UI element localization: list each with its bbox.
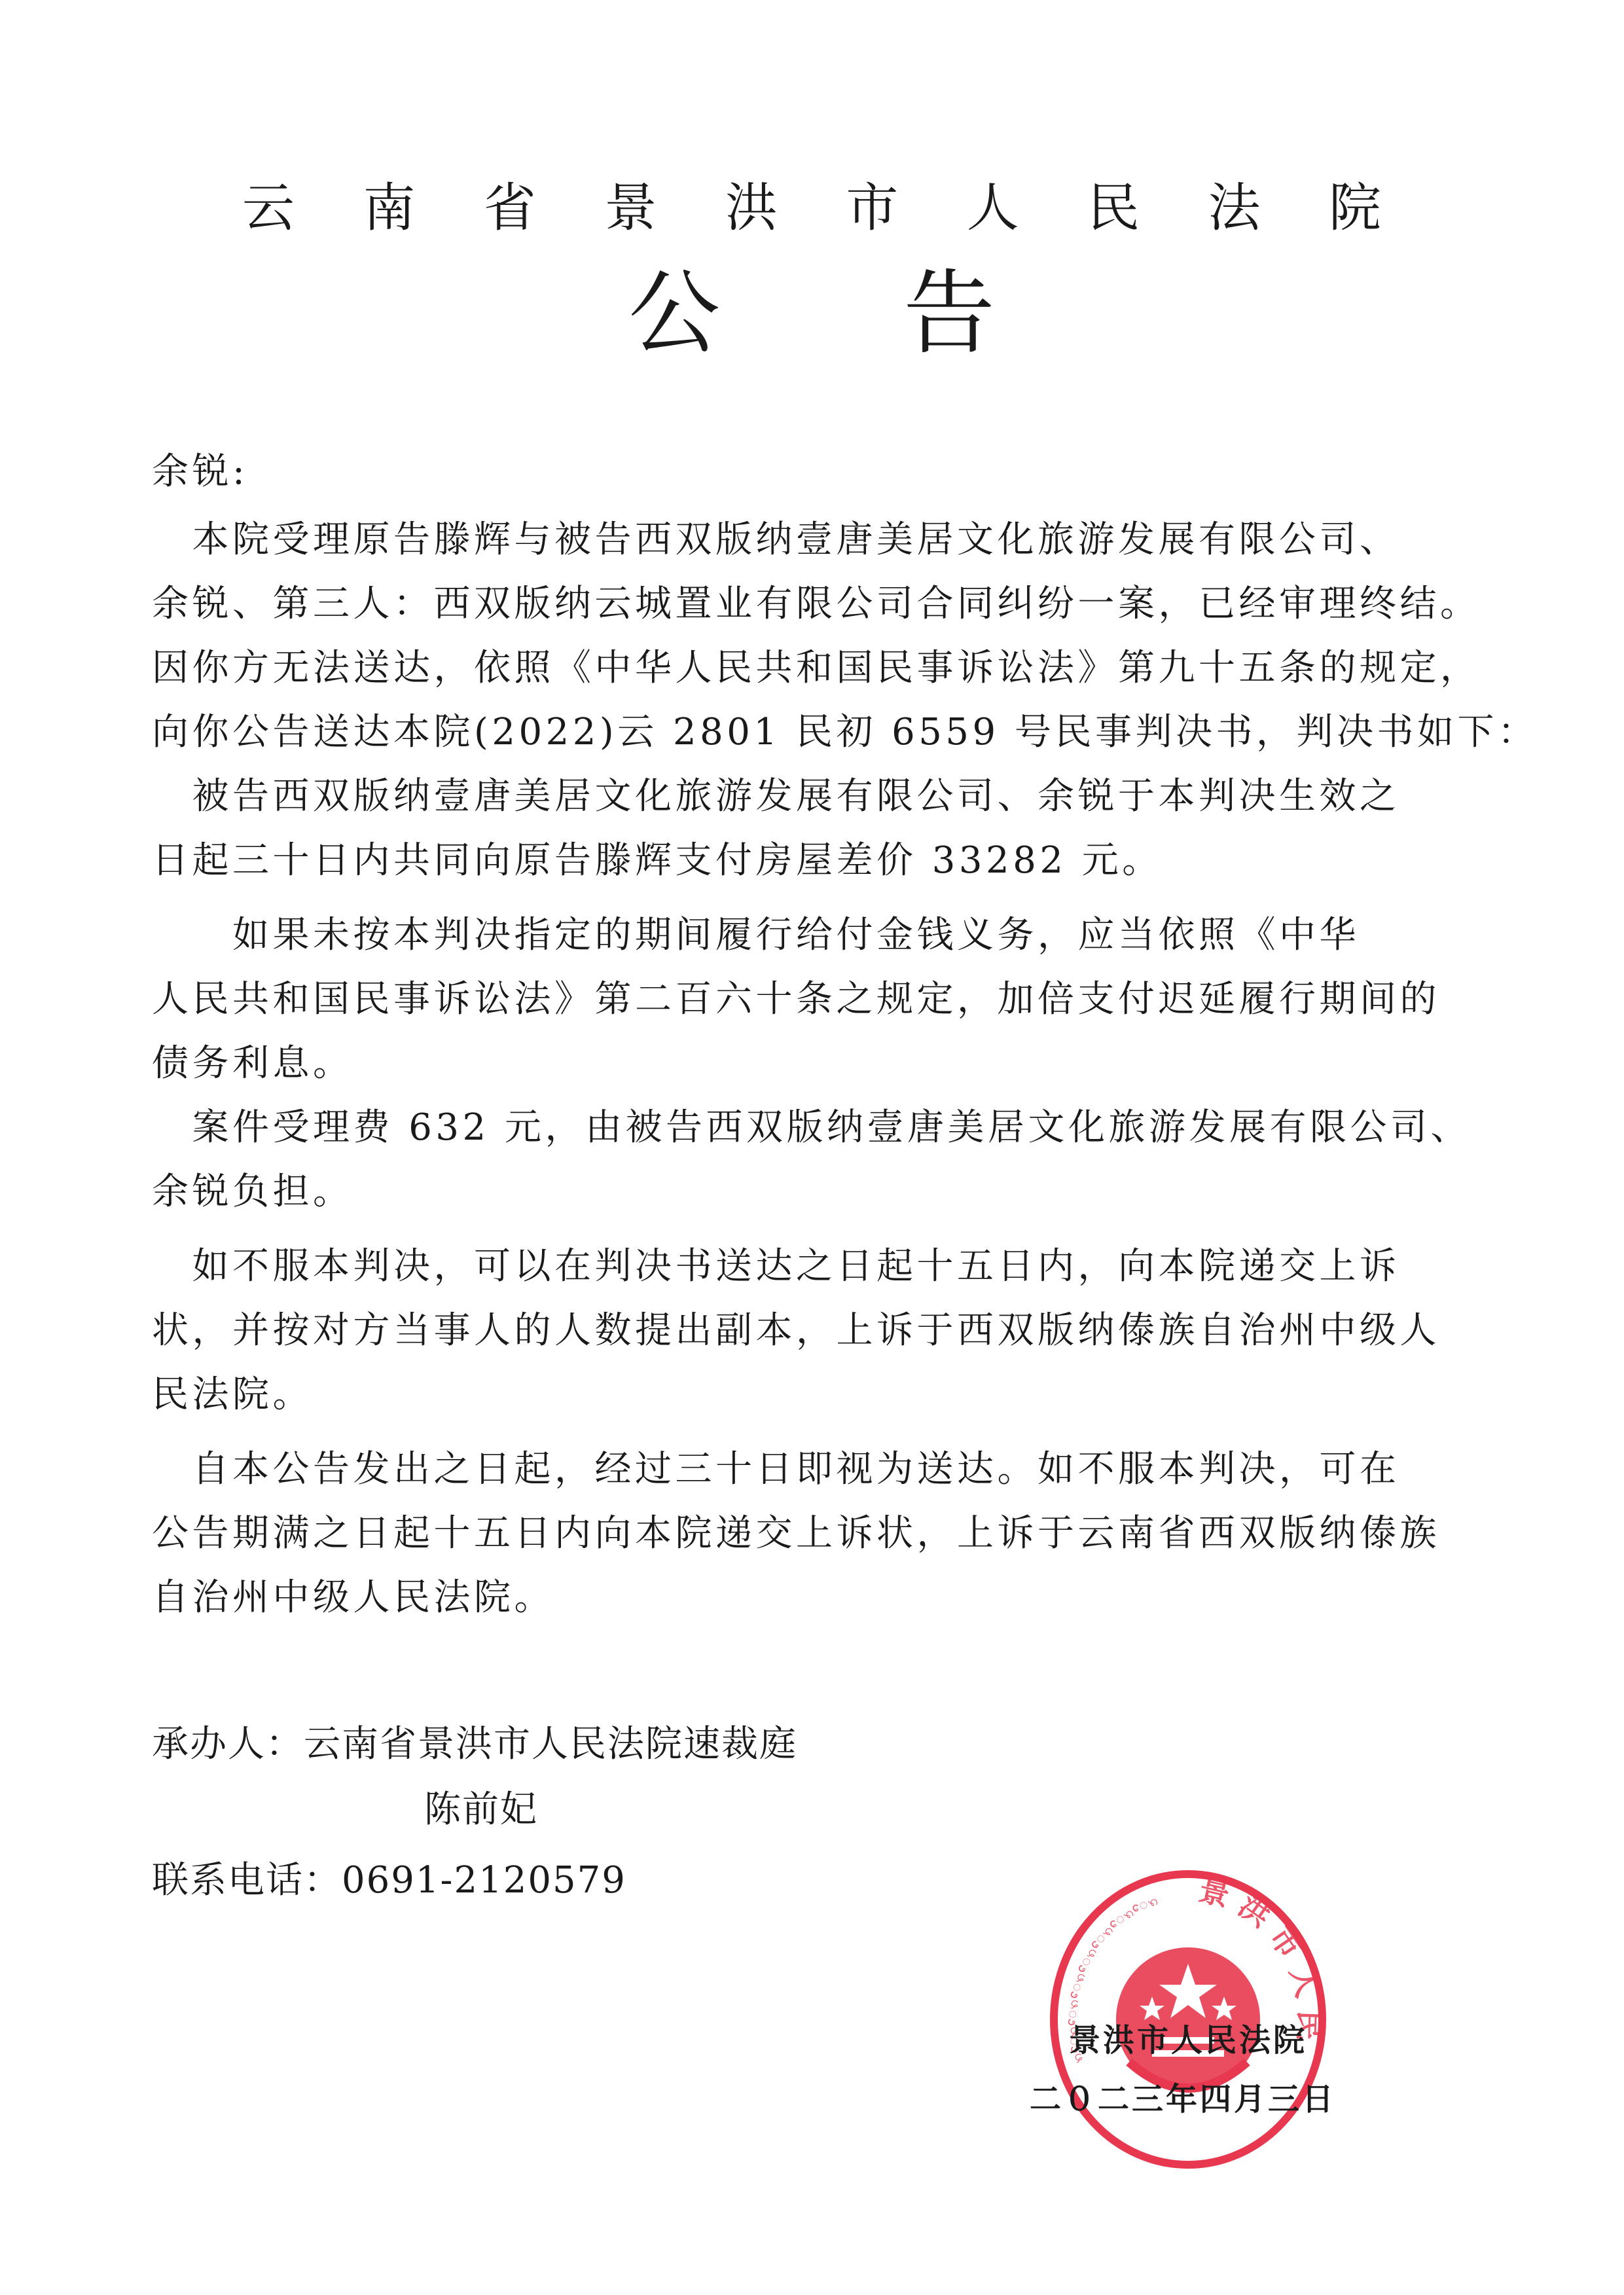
body-line: 状，并按对方当事人的人数提出副本，上诉于西双版纳傣族自治州中级人: [152, 1308, 1440, 1354]
body-line: 余锐、第三人：西双版纳云城置业有限公司合同纠纷一案，已经审理终结。: [152, 581, 1481, 627]
handler-name: 陈前妃: [424, 1787, 538, 1833]
phone-number: 0691-2120579: [342, 1859, 626, 1902]
body-line: 被告西双版纳壹唐美居文化旅游发展有限公司、余锐于本判决生效之: [152, 774, 1400, 820]
seal-date: 二０二三年四月三日: [1030, 2074, 1336, 2119]
body-line: 人民共和国民事诉讼法》第二百六十条之规定，加倍支付迟延履行期间的: [152, 977, 1440, 1022]
doc-title-char: 告: [903, 262, 995, 367]
court-name-heading: 云 南 省 景 洪 市 人 民 法 院: [242, 175, 1381, 241]
phone-label: 联系电话：: [152, 1859, 342, 1902]
court-name-char: 景: [604, 175, 657, 241]
body-line: 自治州中级人民法院。: [152, 1575, 554, 1621]
court-name-char: 市: [846, 175, 898, 241]
body-line: 向你公告送达本院(2022)云 2801 民初 6559 号民事判决书，判决书如…: [152, 710, 1538, 755]
court-name-char: 省: [484, 175, 536, 241]
body-line: 如不服本判决，可以在判决书送达之日起十五日内，向本院递交上诉: [152, 1244, 1400, 1290]
doc-title-char: 公: [628, 262, 720, 367]
court-name-char: 法: [1208, 175, 1261, 241]
handler-department: 云南省景洪市人民法院速裁庭: [304, 1723, 797, 1765]
court-name-char: 民: [1087, 175, 1140, 241]
body-line: 如果未按本判决指定的期间履行给付金钱义务，应当依照《中华: [152, 913, 1360, 958]
court-name-char: 云: [242, 175, 295, 241]
handler-label: 承办人：: [152, 1723, 304, 1765]
addressee: 余锐:: [152, 449, 248, 495]
court-name-char: 人: [967, 175, 1019, 241]
body-line: 日起三十日内共同向原告滕辉支付房屋差价 33282 元。: [152, 838, 1163, 884]
body-line: 余锐负担。: [152, 1169, 353, 1215]
body-line: 债务利息。: [152, 1041, 353, 1087]
handler-row: 承办人：云南省景洪市人民法院速裁庭: [152, 1722, 797, 1767]
court-seal: 景 洪 市 人 民 法 院 ꩫꨯꩫꨯꩫꨯꩫꨯꩫꨯꩫꨯꩫꨯꩫ 景洪市人民法院 二０…: [1044, 1866, 1332, 2173]
document-title: 公 告: [628, 262, 995, 367]
body-line: 民法院。: [152, 1372, 313, 1418]
body-line: 自本公告发出之日起，经过三十日即视为送达。如不服本判决，可在: [152, 1447, 1400, 1492]
body-line: 案件受理费 632 元，由被告西双版纳壹唐美居文化旅游发展有限公司、: [152, 1105, 1471, 1151]
court-name-char: 洪: [725, 175, 778, 241]
body-line: 本院受理原告滕辉与被告西双版纳壹唐美居文化旅游发展有限公司、: [152, 517, 1400, 563]
court-name-char: 南: [363, 175, 415, 241]
court-name-char: 院: [1329, 175, 1381, 241]
body-line: 因你方无法送达，依照《中华人民共和国民事诉讼法》第九十五条的规定，: [152, 645, 1481, 691]
seal-court-name: 景洪市人民法院: [1069, 2015, 1307, 2060]
body-line: 公告期满之日起十五日内向本院递交上诉状，上诉于云南省西双版纳傣族: [152, 1511, 1440, 1557]
phone-row: 联系电话：0691-2120579: [152, 1858, 626, 1904]
